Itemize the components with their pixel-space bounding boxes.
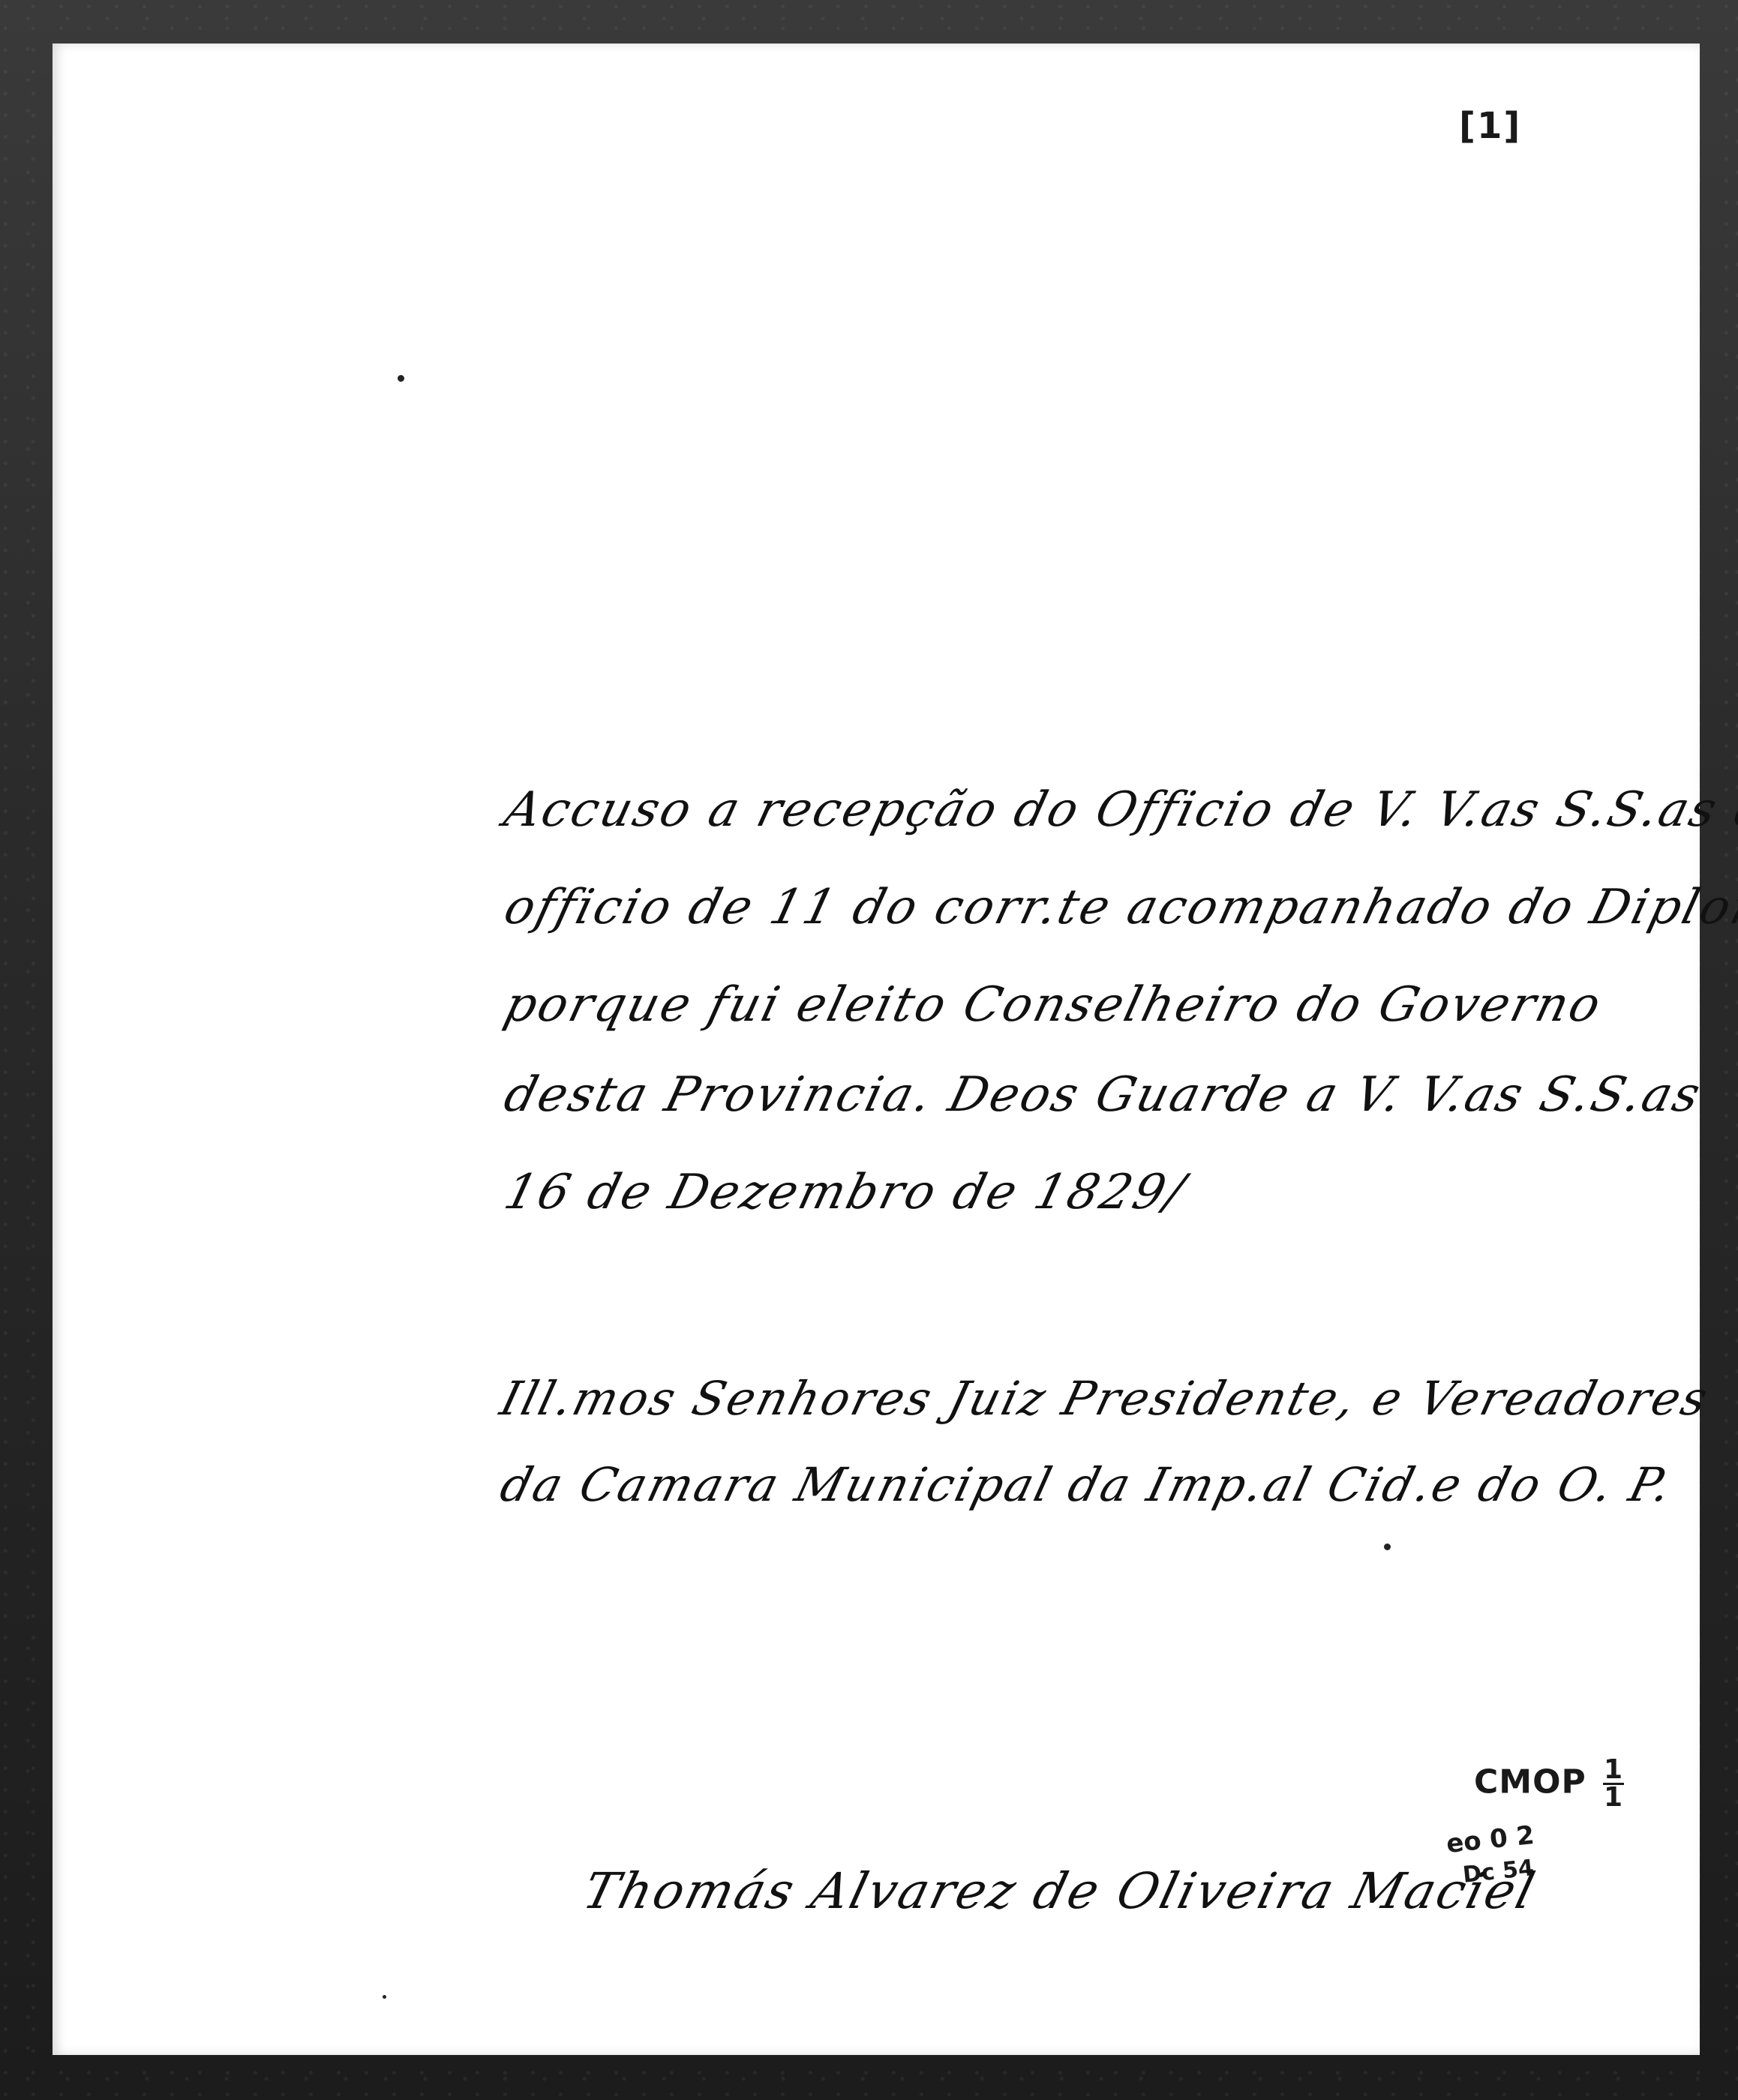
manuscript-page: [1] Accuso a recepção do Officio de V. V… <box>53 43 1700 2055</box>
fraction-bottom: 1 <box>1604 1785 1623 1810</box>
signature: Thomás Alvarez de Oliveira Maciel <box>578 1862 1542 1920</box>
archive-code-text: CMOP <box>1474 1763 1586 1801</box>
archive-ref-line-1: eo 0 2 <box>1445 1820 1535 1859</box>
body-line-2: officio de 11 do corr.te acompanhado do … <box>499 880 1738 935</box>
ink-speck <box>383 1995 386 1999</box>
ink-speck <box>398 375 404 382</box>
archive-stamp-code: CMOP 1 1 <box>1474 1757 1624 1810</box>
body-line-1: Accuso a recepção do Officio de V. V.as … <box>499 782 1738 838</box>
archive-fraction: 1 1 <box>1603 1757 1624 1810</box>
addressee-line-2: da Camara Municipal da Imp.al Cid.e do O… <box>495 1457 1679 1512</box>
addressee-line-1: Ill.mos Senhores Juiz Presidente, e Vere… <box>495 1371 1715 1426</box>
body-line-3: porque fui eleito Conselheiro do Governo <box>499 977 1608 1033</box>
ink-speck <box>1384 1543 1391 1550</box>
body-line-4: desta Provincia. Deos Guarde a V. V.as S… <box>499 1067 1707 1123</box>
date-line: 16 de Dezembro de 1829/ <box>499 1165 1192 1220</box>
folio-number: [1] <box>1459 105 1521 147</box>
fraction-top: 1 <box>1604 1757 1623 1783</box>
